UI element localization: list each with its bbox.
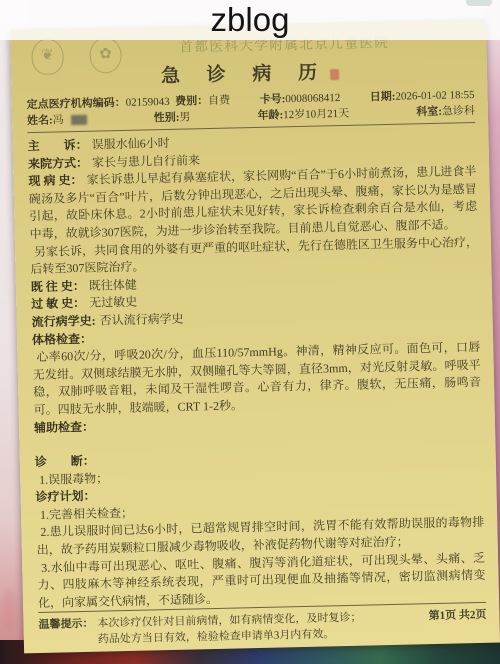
name-censor-block (71, 115, 87, 125)
background-pink-blob (2, 590, 16, 630)
age-field: 年龄:12岁10月21天 (257, 106, 349, 124)
tip-line-2: 药品处方当日有效，检验检查申请单3月内有效。 (98, 629, 335, 646)
page-indicator: 第1页 共2页 (428, 607, 486, 640)
hospital-emblem-icon: ❦ (31, 38, 64, 75)
document-title: 急 诊 病 历 (161, 62, 329, 87)
tips-text: 本次诊疗仅针对目前病情，如有病情变化，及时复诊； 药品处方当日有效，检验检查申请… (97, 609, 421, 648)
patient-info: 定点医疗机构编码：02159043 费别：自费 卡号:0008068412 日期… (27, 87, 476, 133)
tips-label: 温馨提示： (38, 616, 94, 649)
red-seal-mark (330, 69, 339, 80)
gender-field: 性别:男 (154, 109, 191, 126)
record-body: 主 诉：误服水仙6小时 来院方式：家长与患儿自行前来 现 病 史：家长诉患儿早起… (27, 128, 486, 612)
card-number-field: 卡号:0008068412 (259, 90, 340, 108)
watermark-text: zblog (211, 1, 290, 39)
department-field: 科室:急诊科 (416, 103, 475, 120)
present-illness-line: 现 病 史：家长诉患儿早起有鼻塞症状，家长网购“百合”于6小时前煮汤，患儿进食半… (28, 163, 477, 244)
medical-record-paper: ❦ ✿ 首都医科大学附属北京儿童医院 急 诊 病 历 定点医疗机构编码：0215… (10, 19, 500, 654)
tip-line-1: 本次诊疗仅针对目前病情，如有病情变化，及时复诊； (97, 612, 361, 630)
photo-of-medical-record: { "watermark": { "label": "zblog" }, "he… (0, 0, 500, 664)
physical-exam-text: 心率60次/分，呼吸20次/分，血压110/57mmHg。神清，精神反应可。面色… (32, 339, 481, 420)
patient-name-field: 姓名:冯 (27, 112, 87, 129)
watermark-bar: zblog (0, 0, 500, 40)
